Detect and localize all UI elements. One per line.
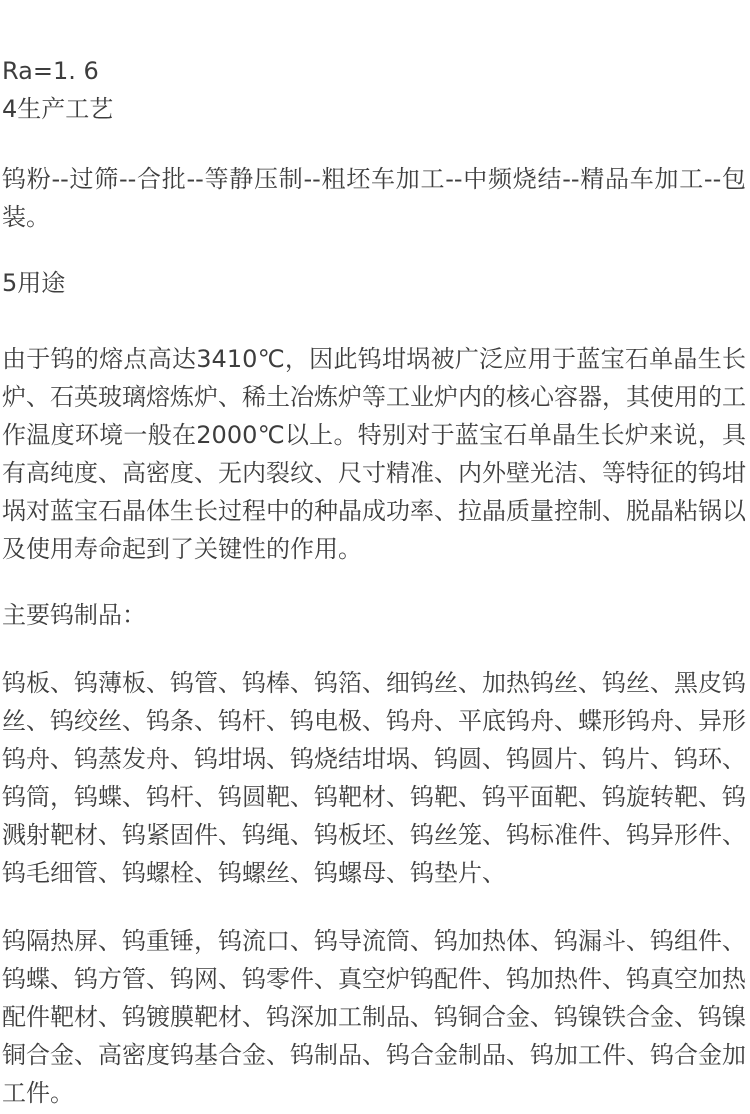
document-body: 3-20 Ra=1. 6 4生产工艺 钨粉--过筛--合批--等静压制--粗坯车… bbox=[0, 0, 750, 1112]
section-heading-production-process: 4生产工艺 bbox=[2, 90, 746, 128]
products-list-paragraph-2: 钨隔热屏、钨重锤，钨流口、钨导流筒、钨加热体、钨漏斗、钨组件、钨蝶、钨方管、钨网… bbox=[2, 922, 746, 1112]
production-process-flow: 钨粉--过筛--合批--等静压制--粗坯车加工--中频烧结--精品车加工--包装… bbox=[2, 160, 746, 236]
usage-description-paragraph: 由于钨的熔点高达3410℃，因此钨坩埚被广泛应用于蓝宝石单晶生长炉、石英玻璃熔炼… bbox=[2, 340, 746, 568]
main-products-heading: 主要钨制品： bbox=[2, 596, 746, 634]
clipped-spec-line: 3-20 bbox=[2, 0, 746, 8]
section-heading-usage: 5用途 bbox=[2, 264, 746, 302]
products-list-paragraph-1: 钨板、钨薄板、钨管、钨棒、钨箔、细钨丝、加热钨丝、钨丝、黑皮钨丝、钨绞丝、钨条、… bbox=[2, 664, 746, 892]
surface-roughness-line: Ra=1. 6 bbox=[2, 52, 746, 90]
